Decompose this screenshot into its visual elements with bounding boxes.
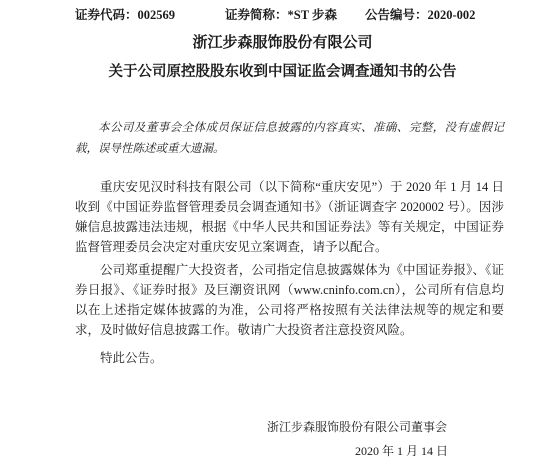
- board-disclaimer-paragraph: 本公司及董事会全体成员保证信息披露的内容真实、准确、完整，没有虚假记载，误导性陈…: [75, 118, 504, 160]
- stock-abbr-label: 证券简称：: [225, 8, 288, 22]
- stock-code: 证券代码：002569: [75, 6, 175, 24]
- announcement-title: 关于公司原控股股东收到中国证监会调查通知书的公告: [75, 62, 504, 82]
- securities-header-row: 证券代码：002569 证券简称：*ST 步森 公告编号：2020-002: [75, 6, 504, 24]
- announcement-number-value: 2020-002: [428, 8, 476, 22]
- board-signature: 浙江步森服饰股份有限公司董事会: [75, 418, 504, 436]
- announcement-number: 公告编号：2020-002: [365, 6, 475, 24]
- announcement-content: 证券代码：002569 证券简称：*ST 步森 公告编号：2020-002 浙江…: [0, 0, 554, 459]
- stock-code-value: 002569: [138, 8, 176, 22]
- announcement-number-label: 公告编号：: [365, 8, 428, 22]
- stock-abbr-value: *ST 步森: [288, 8, 337, 22]
- company-title: 浙江步森服饰股份有限公司: [75, 33, 504, 53]
- stock-abbr: 证券简称：*ST 步森: [225, 6, 337, 24]
- disclosure-media-paragraph: 公司郑重提醒广大投资者，公司指定信息披露媒体为《中国证券报》、《证券日报》、《证…: [75, 260, 504, 340]
- closing-statement: 特此公告。: [75, 348, 504, 368]
- announcement-page: 证券代码：002569 证券简称：*ST 步森 公告编号：2020-002 浙江…: [0, 0, 554, 460]
- announcement-date: 2020 年 1 月 14 日: [75, 443, 504, 459]
- stock-code-label: 证券代码：: [75, 8, 138, 22]
- investigation-notice-paragraph: 重庆安见汉时科技有限公司（以下简称“重庆安见”）于 2020 年 1 月 14 …: [75, 177, 504, 257]
